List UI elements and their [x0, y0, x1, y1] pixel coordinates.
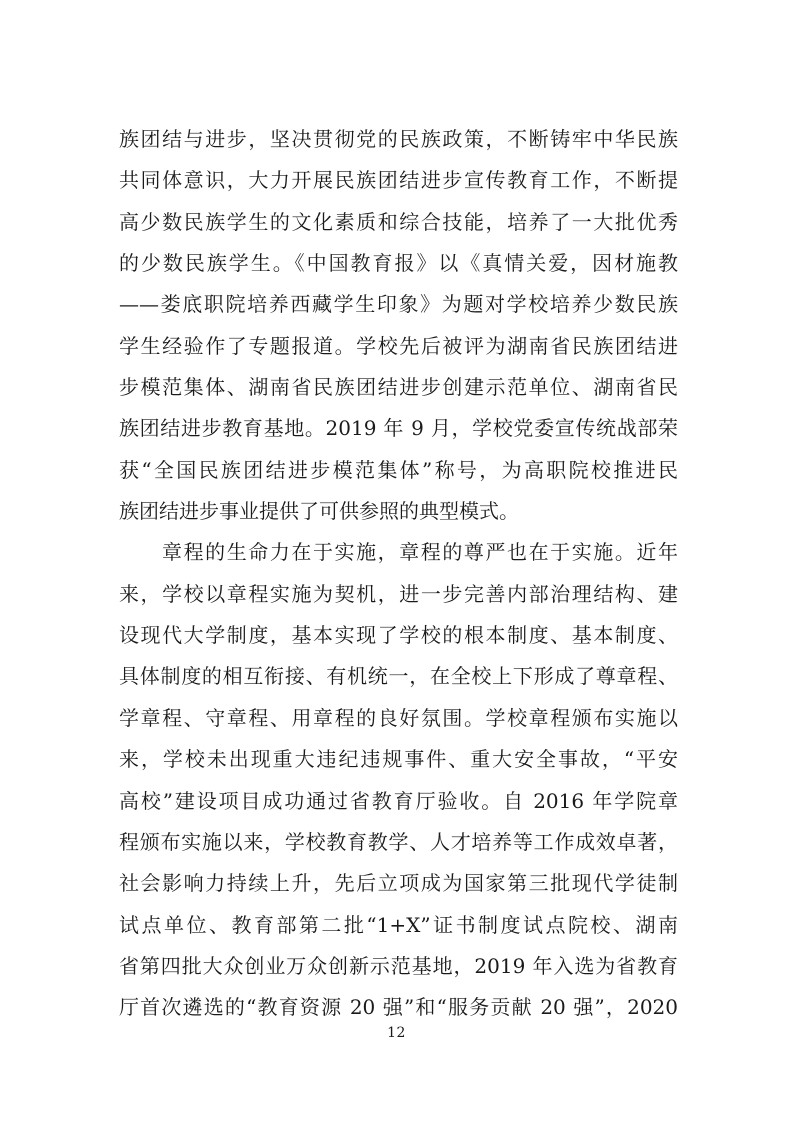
- paragraph: 章程的生命力在于实施，章程的尊严也在于实施。近年来，学校以章程实施为契机，进一步…: [119, 532, 678, 1028]
- text-line: 高少数民族学生的文化素质和综合技能，培养了一大批优秀: [119, 202, 678, 243]
- text-line: 学生经验作了专题报道。学校先后被评为湖南省民族团结进: [119, 326, 678, 367]
- text-line: 族团结与进步，坚决贯彻党的民族政策，不断铸牢中华民族: [119, 119, 678, 160]
- text-block: 族团结与进步，坚决贯彻党的民族政策，不断铸牢中华民族共同体意识，大力开展民族团结…: [119, 119, 678, 1029]
- text-line: 族团结进步教育基地。2019 年 9 月，学校党委宣传统战部荣: [119, 408, 678, 449]
- text-line: 步模范集体、湖南省民族团结进步创建示范单位、湖南省民: [119, 367, 678, 408]
- document-page: 族团结与进步，坚决贯彻党的民族政策，不断铸牢中华民族共同体意识，大力开展民族团结…: [0, 0, 793, 1122]
- text-line: 具体制度的相互衔接、有机统一，在全校上下形成了尊章程、: [119, 656, 678, 697]
- text-line: 社会影响力持续上升，先后立项成为国家第三批现代学徒制: [119, 863, 678, 904]
- paragraph: 族团结与进步，坚决贯彻党的民族政策，不断铸牢中华民族共同体意识，大力开展民族团结…: [119, 119, 678, 532]
- text-line: 章程的生命力在于实施，章程的尊严也在于实施。近年: [119, 532, 678, 573]
- page-number: 12: [387, 1025, 406, 1041]
- text-line: 共同体意识，大力开展民族团结进步宣传教育工作，不断提: [119, 160, 678, 201]
- text-line: 来，学校未出现重大违纪违规事件、重大安全事故，“平安: [119, 739, 678, 780]
- text-line: ——娄底职院培养西藏学生印象》为题对学校培养少数民族: [119, 284, 678, 325]
- text-line: 获“全国民族团结进步模范集体”称号，为高职院校推进民: [119, 450, 678, 491]
- text-line: 省第四批大众创业万众创新示范基地，2019 年入选为省教育: [119, 946, 678, 987]
- text-line: 设现代大学制度，基本实现了学校的根本制度、基本制度、: [119, 615, 678, 656]
- text-line: 高校”建设项目成功通过省教育厅验收。自 2016 年学院章: [119, 781, 678, 822]
- text-line: 来，学校以章程实施为契机，进一步完善内部治理结构、建: [119, 574, 678, 615]
- text-line: 程颁布实施以来，学校教育教学、人才培养等工作成效卓著，: [119, 822, 678, 863]
- page-footer: 12: [0, 1022, 793, 1041]
- text-line: 学章程、守章程、用章程的良好氛围。学校章程颁布实施以: [119, 698, 678, 739]
- text-line: 族团结进步事业提供了可供参照的典型模式。: [119, 491, 678, 532]
- text-line: 试点单位、教育部第二批“1+X”证书制度试点院校、湖南: [119, 905, 678, 946]
- text-line: 的少数民族学生。《中国教育报》以《真情关爱，因材施教: [119, 243, 678, 284]
